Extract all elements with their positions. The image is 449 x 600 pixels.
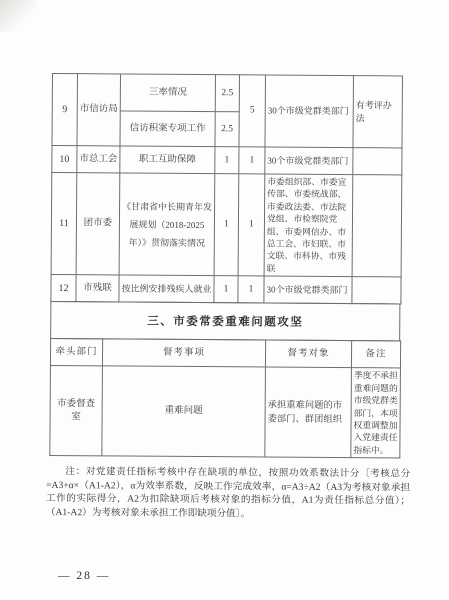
header-supervision-item: 督考事项 [102,339,265,367]
document-content: 9 市信访局 三率情况 2.5 5 30个市级党群类部门 有考评办法 信访积案专… [49,73,402,522]
row-number-cell: 9 [52,74,78,146]
target-cell: 承担重难问题的市委部门、群团组织 [265,367,352,458]
lead-department-cell: 市委督查室 [50,366,103,456]
target-cell: 市委组织部、市委宣传部、市委统战部、市委政法委、市法院党组、市检察院党组、市委网… [264,174,353,277]
total-score-cell: 1 [238,276,264,303]
sub-score-cell: 1 [215,147,239,174]
table-row: 9 市信访局 三率情况 2.5 5 30个市级党群类部门 有考评办法 [52,74,402,113]
department-cell: 团市委 [76,173,120,276]
sub-score-cell: 1 [214,276,238,303]
row-number-cell: 12 [51,275,76,302]
item-cell: 三率情况 [120,74,215,112]
department-cell: 市残联 [76,275,119,302]
item-cell: 职工互助保障 [120,146,215,174]
remark-cell: 季度不承担重难问题的市级党群类部门，本项权重调整加入党建责任指标中。 [351,368,401,458]
header-supervision-target: 督考对象 [265,340,351,368]
row-number-cell: 11 [51,173,77,275]
item-cell: 《甘肃省中长期青年发展规划（2018-2025 年）》贯彻落实情况 [119,173,215,276]
sub-score-cell: 2.5 [215,112,239,147]
item-cell: 重难问题 [102,366,266,457]
remark-cell [353,148,402,175]
table-header-row: 牵头部门 督考事项 督考对象 备注 [50,339,400,368]
section-title: 三、市委常委重难问题攻坚 [50,301,400,341]
sub-score-cell: 1 [214,174,239,276]
scan-artifact [0,0,36,32]
department-cell: 市总工会 [77,146,120,173]
page-number: — 28 — [58,570,110,582]
row-number-cell: 10 [52,146,77,173]
sub-score-cell: 2.5 [215,75,239,112]
footnote: 注：对党建责任指标考核中存在缺项的单位，按照功效系数法计分〔考核总分=A3+α×… [46,465,410,522]
remark-cell: 有考评办法 [353,76,403,148]
difficult-problems-table: 牵头部门 督考事项 督考对象 备注 市委督查室 重难问题 承担重难问题的市委部门… [49,338,401,458]
total-score-cell: 1 [238,174,265,276]
table-row: 市委督查室 重难问题 承担重难问题的市委部门、群团组织 季度不承担重难问题的市级… [50,366,401,458]
assessment-items-table: 9 市信访局 三率情况 2.5 5 30个市级党群类部门 有考评办法 信访积案专… [50,73,403,305]
scanned-document-page: 9 市信访局 三率情况 2.5 5 30个市级党群类部门 有考评办法 信访积案专… [0,0,449,600]
table-row: 10 市总工会 职工互助保障 1 1 30个市级党群类部门 [52,146,402,175]
remark-cell [352,277,401,304]
remark-cell [352,175,402,278]
table-row: 11 团市委 《甘肃省中长期青年发展规划（2018-2025 年）》贯彻落实情况… [51,173,402,278]
total-score-cell: 1 [239,147,265,174]
target-cell: 30个市级党群类部门 [264,276,352,304]
target-cell: 30个市级党群类部门 [265,75,354,148]
target-cell: 30个市级党群类部门 [265,147,353,175]
header-remark: 备注 [351,341,400,368]
header-lead-department: 牵头部门 [50,339,102,366]
item-cell: 按比例安排残疾人就业 [119,275,214,303]
item-cell: 信访积案专项工作 [120,111,215,147]
table-row: 12 市残联 按比例安排残疾人就业 1 1 30个市级党群类部门 [51,275,401,304]
department-cell: 市信访局 [77,74,121,146]
total-score-cell: 5 [239,75,266,147]
